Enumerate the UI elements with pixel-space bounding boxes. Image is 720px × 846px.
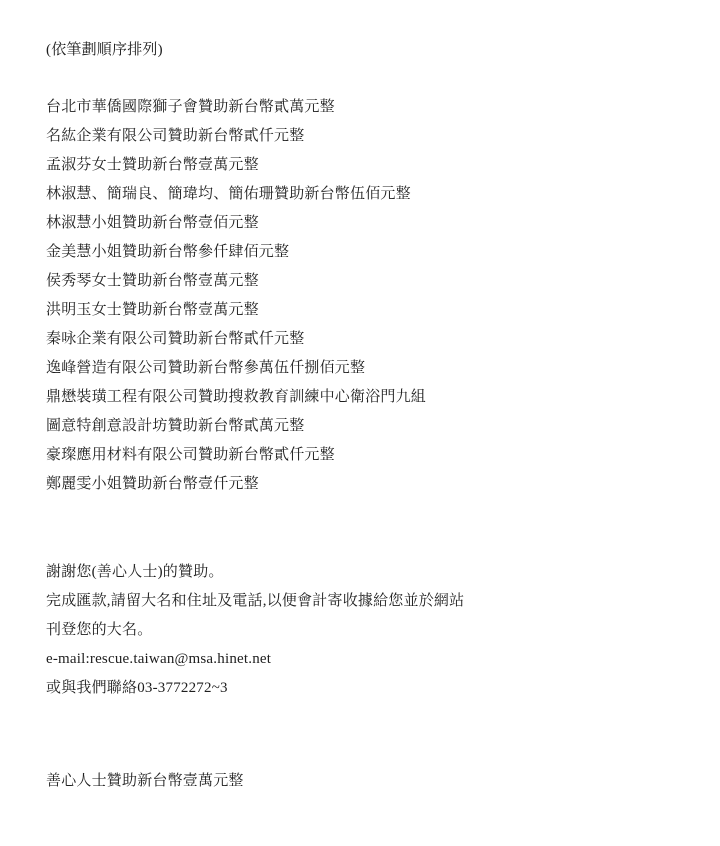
donor-entry: 林淑慧小姐贊助新台幣壹佰元整 — [46, 209, 680, 238]
donor-entry: 圖意特創意設計坊贊助新台幣貳萬元整 — [46, 412, 680, 441]
sort-order-note: (依筆劃順序排列) — [46, 36, 680, 65]
remit-instructions-line-1: 完成匯款,請留大名和住址及電話,以便會計寄收據給您並於網站 — [46, 587, 680, 616]
email-line: e-mail:rescue.taiwan@msa.hinet.net — [46, 645, 680, 674]
donor-entry: 鼎懋裝璜工程有限公司贊助搜救教育訓練中心衛浴門九組 — [46, 383, 680, 412]
contact-phone-line: 或與我們聯絡03-3772272~3 — [46, 674, 680, 703]
donor-entry: 孟淑芬女士贊助新台幣壹萬元整 — [46, 151, 680, 180]
donor-entry: 金美慧小姐贊助新台幣參仟肆佰元整 — [46, 238, 680, 267]
donor-entry: 秦咏企業有限公司贊助新台幣貳仟元整 — [46, 325, 680, 354]
remit-instructions-line-2: 刊登您的大名。 — [46, 616, 680, 645]
donor-entry: 洪明玉女士贊助新台幣壹萬元整 — [46, 296, 680, 325]
donor-list: 台北市華僑國際獅子會贊助新台幣貳萬元整 名紘企業有限公司贊助新台幣貳仟元整 孟淑… — [46, 93, 680, 499]
donor-entry: 鄭麗雯小姐贊助新台幣壹仟元整 — [46, 470, 680, 499]
closing-block: 謝謝您(善心人士)的贊助。 完成匯款,請留大名和住址及電話,以便會計寄收據給您並… — [46, 558, 680, 703]
document-page: (依筆劃順序排列) 台北市華僑國際獅子會贊助新台幣貳萬元整 名紘企業有限公司贊助… — [0, 0, 720, 846]
thanks-line: 謝謝您(善心人士)的贊助。 — [46, 558, 680, 587]
donor-entry: 林淑慧、簡瑞良、簡瑋均、簡佑珊贊助新台幣伍佰元整 — [46, 180, 680, 209]
donor-entry: 侯秀琴女士贊助新台幣壹萬元整 — [46, 267, 680, 296]
donor-entry: 豪璨應用材料有限公司贊助新台幣貳仟元整 — [46, 441, 680, 470]
donor-entry: 名紘企業有限公司贊助新台幣貳仟元整 — [46, 122, 680, 151]
footer-donor-line: 善心人士贊助新台幣壹萬元整 — [46, 767, 680, 796]
donor-entry: 台北市華僑國際獅子會贊助新台幣貳萬元整 — [46, 93, 680, 122]
donor-entry: 逸峰營造有限公司贊助新台幣參萬伍仟捌佰元整 — [46, 354, 680, 383]
